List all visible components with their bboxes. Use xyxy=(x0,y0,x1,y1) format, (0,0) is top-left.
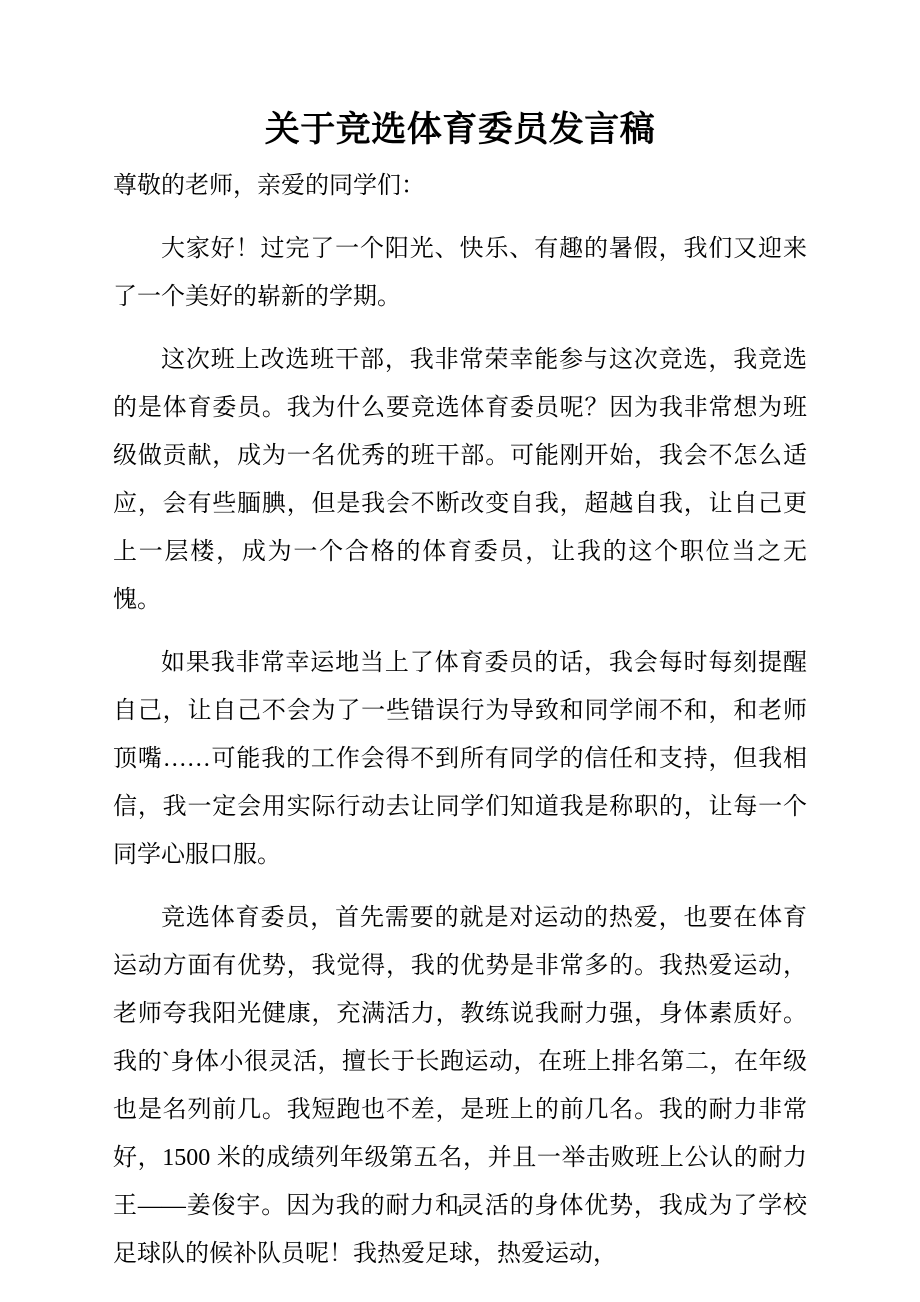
document-page: 关于竞选体育委员发言稿 尊敬的老师，亲爱的同学们：大家好！过完了一个阳光、快乐、… xyxy=(0,0,920,1302)
page-footer: 1 xyxy=(0,1200,920,1222)
paragraph: 这次班上改选班干部，我非常荣幸能参与这次竞选，我竞选的是体育委员。我为什么要竞选… xyxy=(113,336,807,624)
document-title: 关于竞选体育委员发言稿 xyxy=(113,108,807,152)
paragraph: 大家好！过完了一个阳光、快乐、有趣的暑假，我们又迎来了一个美好的崭新的学期。 xyxy=(113,225,807,321)
paragraph: 尊敬的老师，亲爱的同学们： xyxy=(113,162,807,210)
document-content: 关于竞选体育委员发言稿 尊敬的老师，亲爱的同学们：大家好！过完了一个阳光、快乐、… xyxy=(113,108,807,1293)
page-number: 1 xyxy=(456,1201,465,1220)
document-body: 尊敬的老师，亲爱的同学们：大家好！过完了一个阳光、快乐、有趣的暑假，我们又迎来了… xyxy=(113,162,807,1278)
paragraph: 如果我非常幸运地当上了体育委员的话，我会每时每刻提醒自己，让自己不会为了一些错误… xyxy=(113,639,807,879)
